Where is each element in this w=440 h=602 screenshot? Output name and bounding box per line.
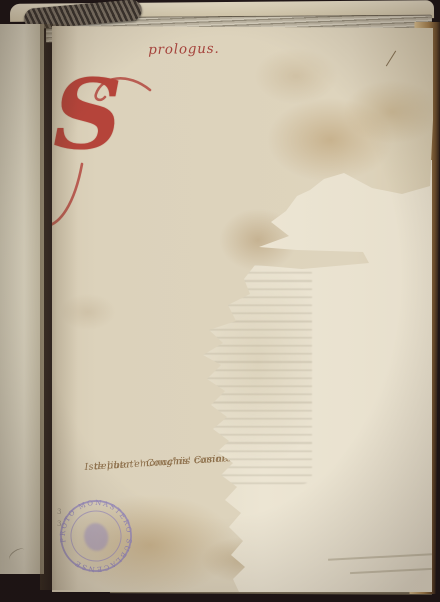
book-photo: prologus. S OLUM·ODDDhoc inveni q' de' f… — [0, 0, 440, 602]
flyleaf — [0, 24, 44, 574]
under-page-corner-line — [328, 553, 432, 560]
folio-pen-stroke — [386, 51, 396, 67]
stamp-figure — [82, 521, 111, 553]
under-page-corner-line — [350, 568, 432, 574]
text-column-left: OLUM·ODDDhoc inveni q' de' fecerit homin… — [57, 94, 216, 492]
page-heading-text: prologus. — [148, 41, 220, 58]
flyleaf-pen-squiggle — [7, 546, 27, 565]
gutter-shadow — [40, 24, 78, 590]
